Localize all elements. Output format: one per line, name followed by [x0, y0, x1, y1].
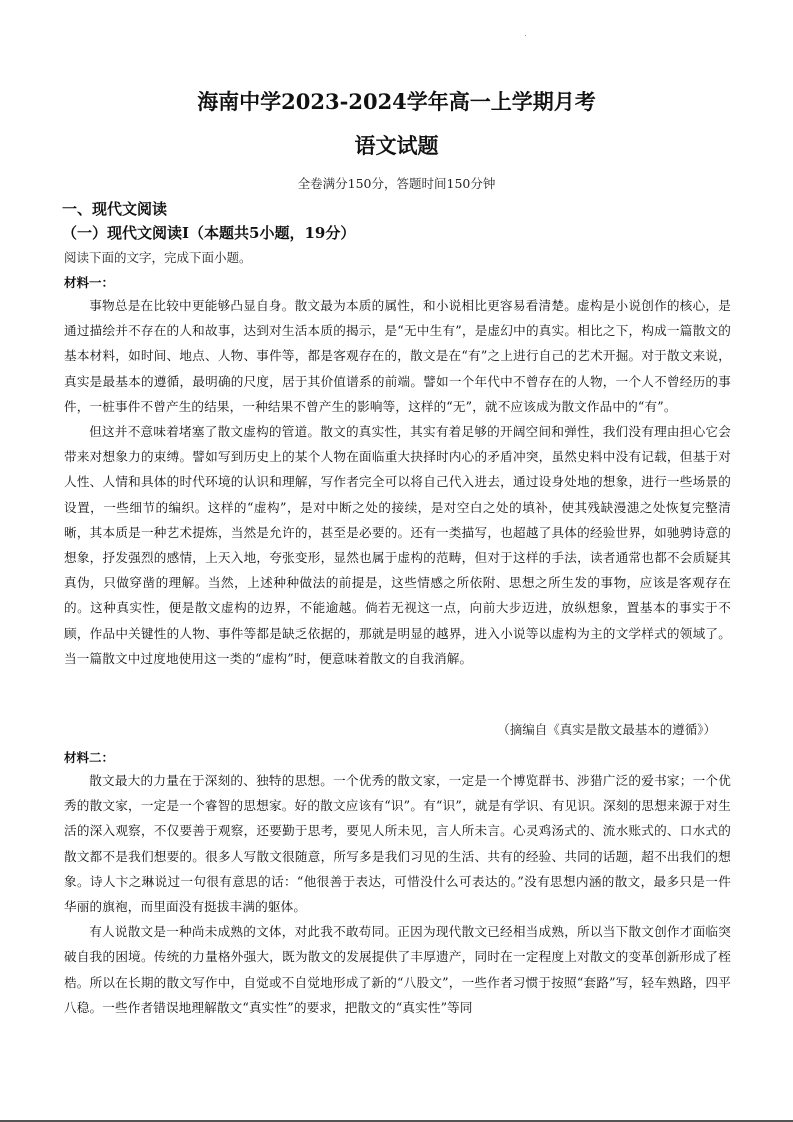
- material-1-paragraph: 但这并不意味着堵塞了散文虚构的管道。散文的真实性，其实有着足够的开阔空间和弹性，…: [64, 419, 731, 671]
- material-1-body: 事物总是在比较中更能够凸显自身。散文最为本质的属性，和小说相比更容易看清楚。虚构…: [64, 293, 731, 671]
- exam-title: 海南中学2023-2024学年高一上学期月考: [0, 86, 793, 116]
- exam-page: 海南中学2023-2024学年高一上学期月考 语文试题 全卷满分150分，答题时…: [0, 0, 793, 1122]
- exam-info: 全卷满分150分，答题时间150分钟: [0, 174, 793, 192]
- material-1-source: （摘编自《真实是散文最基本的遵循》）: [497, 720, 716, 738]
- subsection-heading: （一）现代文阅读Ⅰ（本题共5小题，19分）: [62, 222, 355, 243]
- reading-instruction: 阅读下面的文字，完成下面小题。: [64, 248, 252, 266]
- section-heading: 一、现代文阅读: [62, 198, 167, 219]
- material-1-paragraph: 事物总是在比较中更能够凸显自身。散文最为本质的属性，和小说相比更容易看清楚。虚构…: [64, 293, 731, 419]
- material-2-paragraph: 有人说散文是一种尚未成熟的文体，对此我不敢苟同。正因为现代散文已经相当成熟，所以…: [64, 919, 731, 1020]
- material-1-label: 材料一：: [64, 273, 114, 291]
- material-2-label: 材料二：: [64, 748, 114, 766]
- scan-speck: [525, 35, 526, 36]
- material-2-body: 散文最大的力量在于深刻的、独特的思想。一个优秀的散文家，一定是一个博览群书、涉猎…: [64, 768, 731, 1020]
- material-2-paragraph: 散文最大的力量在于深刻的、独特的思想。一个优秀的散文家，一定是一个博览群书、涉猎…: [64, 768, 731, 919]
- exam-subject-title: 语文试题: [0, 130, 793, 160]
